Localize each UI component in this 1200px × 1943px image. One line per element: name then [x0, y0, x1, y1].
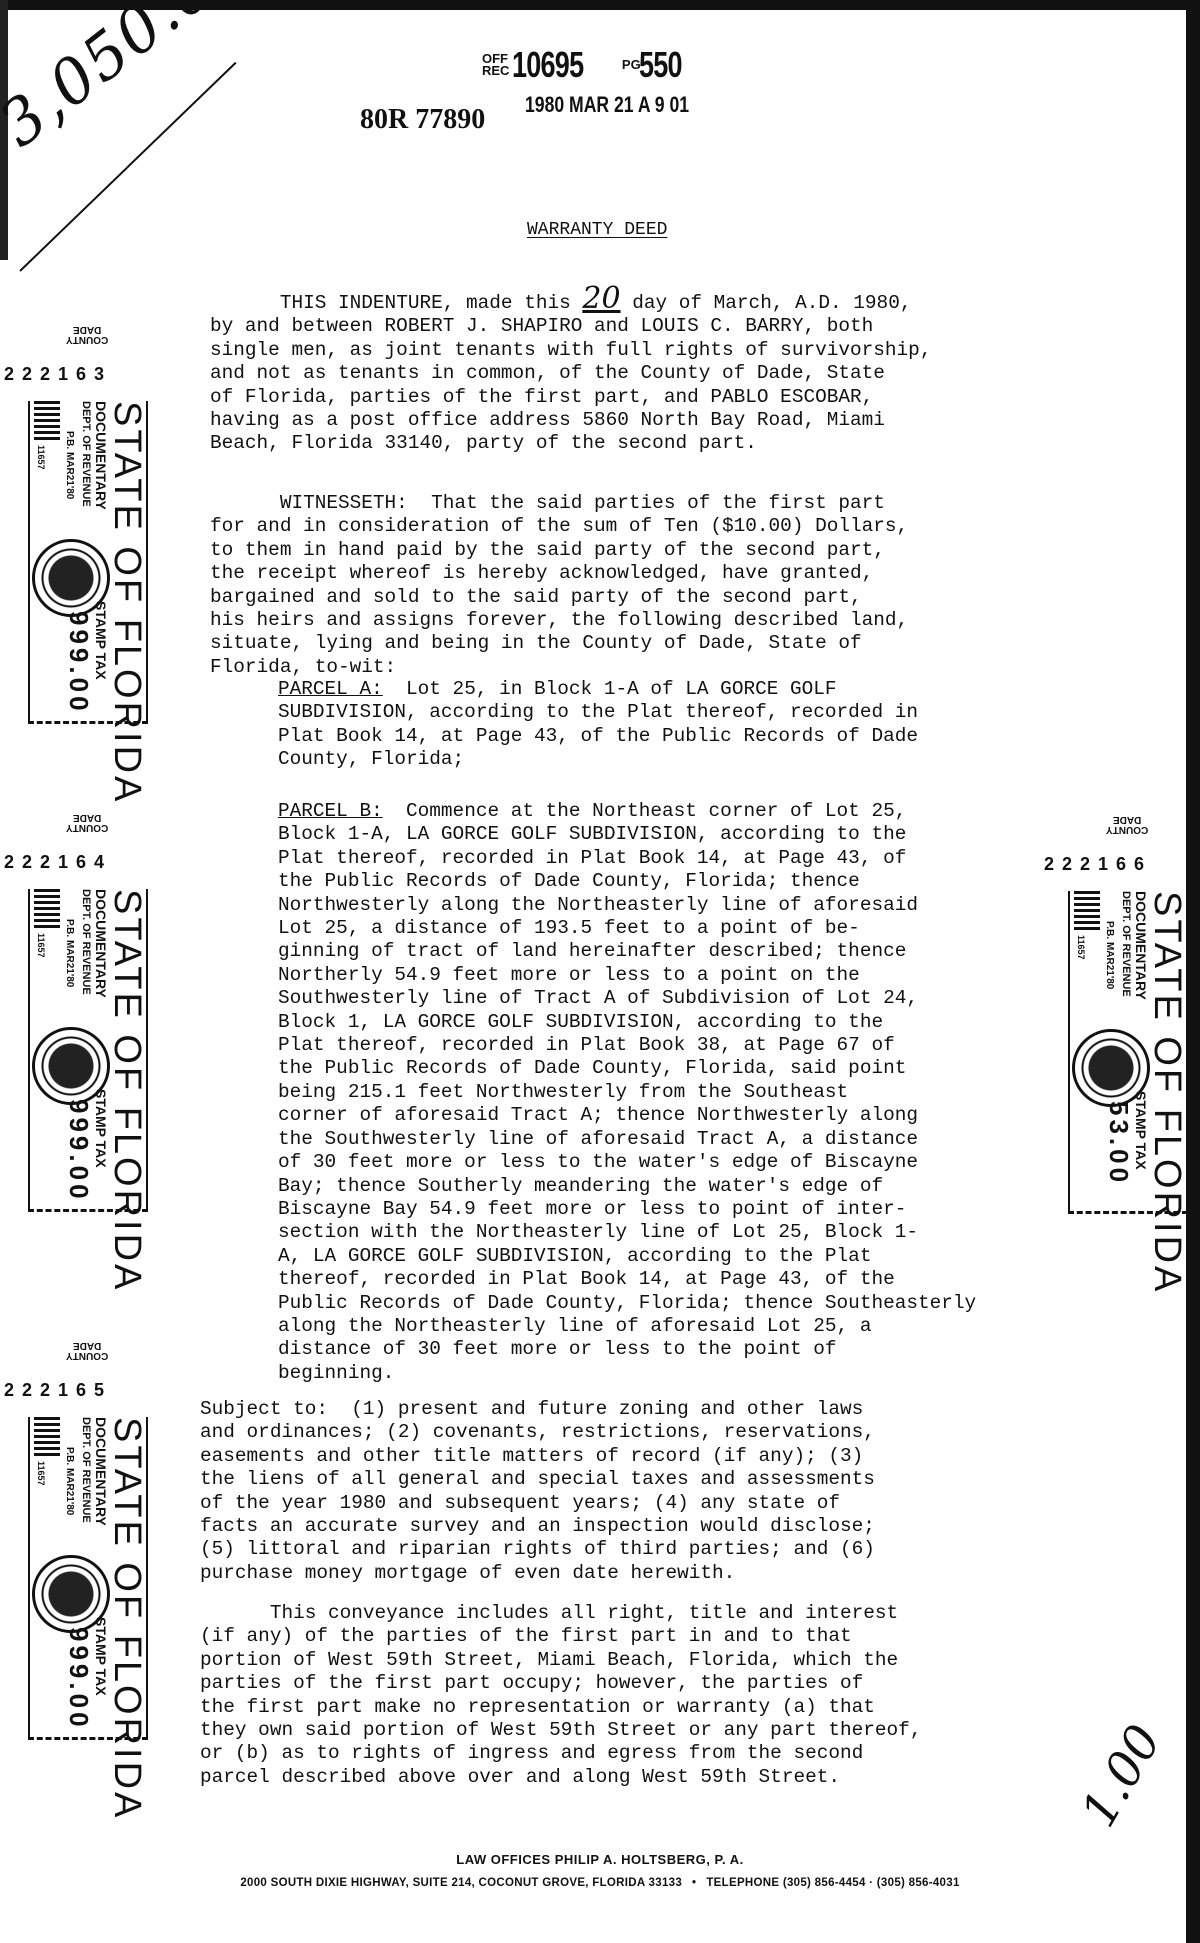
handwritten-corner-notation: 1.00	[1070, 1716, 1172, 1837]
stamp-dept: DEPT. OF REVENUE	[80, 889, 92, 995]
recording-stamp: OFF REC 10695 PG 550	[482, 44, 696, 86]
stamp-dept: DEPT. OF REVENUE	[80, 401, 92, 507]
stamp-batch: 11657	[36, 445, 46, 470]
stamp-bars	[1074, 891, 1100, 931]
stamp-amount: 999.00	[66, 611, 92, 715]
stamp-serial: 222163	[4, 364, 112, 385]
off-rec-label: OFF REC	[482, 53, 508, 77]
handwritten-margin-amount: 3,050.00	[0, 0, 260, 161]
handwritten-day: 20	[582, 281, 620, 316]
stamp-tax-label: STAMP TAX	[94, 1089, 108, 1168]
stamp-tax-label: STAMP TAX	[94, 601, 108, 680]
stamp-amount: 53.00	[1106, 1101, 1132, 1186]
stamp-serial: 222164	[4, 852, 112, 873]
stamp-amount: 999.00	[66, 1099, 92, 1203]
stamp-serial: 222165	[4, 1380, 112, 1401]
parcel-a: PARCEL A: Lot 25, in Block 1-A of LA GOR…	[278, 678, 918, 772]
stamp-batch: 11657	[36, 1461, 46, 1486]
stamp-tax-label: STAMP TAX	[94, 1617, 108, 1696]
subject-to-paragraph: Subject to: (1) present and future zonin…	[200, 1398, 875, 1585]
stamp-county: COUNTYDADE	[1106, 814, 1148, 834]
stamp-amount: 999.00	[66, 1627, 92, 1731]
stamp-mark: P.B. MAR21'80	[64, 431, 74, 499]
stamp-body: 11657 P.B. MAR21'80 DEPT. OF REVENUE DOC…	[28, 1417, 148, 1740]
stamp-body: 11657 P.B. MAR21'80 DEPT. OF REVENUE DOC…	[28, 401, 148, 724]
stamp-state: STATE OF FLORIDA	[108, 1417, 146, 1820]
stamp-body: 11657 P.B. MAR21'80 DEPT. OF REVENUE DOC…	[1068, 891, 1188, 1214]
parcel-b-text: Commence at the Northeast corner of Lot …	[278, 800, 976, 1384]
documentary-stamp: COUNTYDADE 222166 11657 P.B. MAR21'80 DE…	[1040, 796, 1190, 1226]
stamp-bars	[34, 889, 60, 929]
indenture-lead	[210, 292, 280, 314]
stamp-state: STATE OF FLORIDA	[108, 401, 146, 804]
document-title: WARRANTY DEED	[527, 220, 667, 240]
record-page-number: 550	[639, 44, 682, 86]
stamp-batch: 11657	[36, 933, 46, 958]
parcel-b-label: PARCEL B:	[278, 800, 383, 822]
stamp-serial: 222166	[1044, 854, 1152, 875]
stamp-bars	[34, 401, 60, 441]
stamp-state: STATE OF FLORIDA	[1148, 891, 1186, 1294]
footer-law-office: LAW OFFICES PHILIP A. HOLTSBERG, P. A.	[0, 1852, 1200, 1867]
documentary-stamp: COUNTYDADE 222164 11657 P.B. MAR21'80 DE…	[0, 794, 150, 1224]
parcel-a-label: PARCEL A:	[278, 678, 383, 700]
pg-label: PG	[622, 59, 641, 71]
stamp-county: COUNTYDADE	[66, 1340, 108, 1360]
stamp-batch: 11657	[1076, 935, 1086, 960]
document-number: 80R 77890	[360, 104, 485, 136]
parcel-b: PARCEL B: Commence at the Northeast corn…	[278, 800, 976, 1385]
witnesseth-paragraph: WITNESSETH: That the said parties of the…	[210, 492, 908, 679]
stamp-state: STATE OF FLORIDA	[108, 889, 146, 1292]
stamp-mark: P.B. MAR21'80	[64, 919, 74, 987]
stamp-tax-label: STAMP TAX	[1134, 1091, 1148, 1170]
record-book-number: 10695	[512, 44, 591, 86]
documentary-stamp: COUNTYDADE 222165 11657 P.B. MAR21'80 DE…	[0, 1322, 150, 1752]
stamp-mark: P.B. MAR21'80	[64, 1447, 74, 1515]
stamp-dept: DEPT. OF REVENUE	[1120, 891, 1132, 997]
stamp-county: COUNTYDADE	[66, 812, 108, 832]
stamp-county: COUNTYDADE	[66, 324, 108, 344]
stamp-dept: DEPT. OF REVENUE	[80, 1417, 92, 1523]
stamp-mark: P.B. MAR21'80	[1104, 921, 1114, 989]
documentary-stamp: COUNTYDADE 222163 11657 P.B. MAR21'80 DE…	[0, 306, 150, 736]
footer-separator: •	[692, 1877, 696, 1889]
indenture-paragraph: THIS INDENTURE, made this 20 day of Marc…	[210, 292, 931, 456]
footer-address-line: 2000 SOUTH DIXIE HIGHWAY, SUITE 214, COC…	[0, 1877, 1200, 1889]
footer-address: 2000 SOUTH DIXIE HIGHWAY, SUITE 214, COC…	[240, 1877, 682, 1889]
footer-telephone: TELEPHONE (305) 856-4454 · (305) 856-403…	[706, 1877, 959, 1889]
recording-timestamp: 1980 MAR 21 A 9 01	[525, 92, 689, 118]
conveyance-paragraph: This conveyance includes all right, titl…	[200, 1602, 921, 1789]
stamp-bars	[34, 1417, 60, 1457]
indenture-lines: by and between ROBERT J. SHAPIRO and LOU…	[210, 315, 931, 454]
stamp-body: 11657 P.B. MAR21'80 DEPT. OF REVENUE DOC…	[28, 889, 148, 1212]
indenture-date-text: day of March, A.D. 1980,	[621, 292, 912, 314]
indenture-lead-text: THIS INDENTURE, made this	[280, 292, 583, 314]
